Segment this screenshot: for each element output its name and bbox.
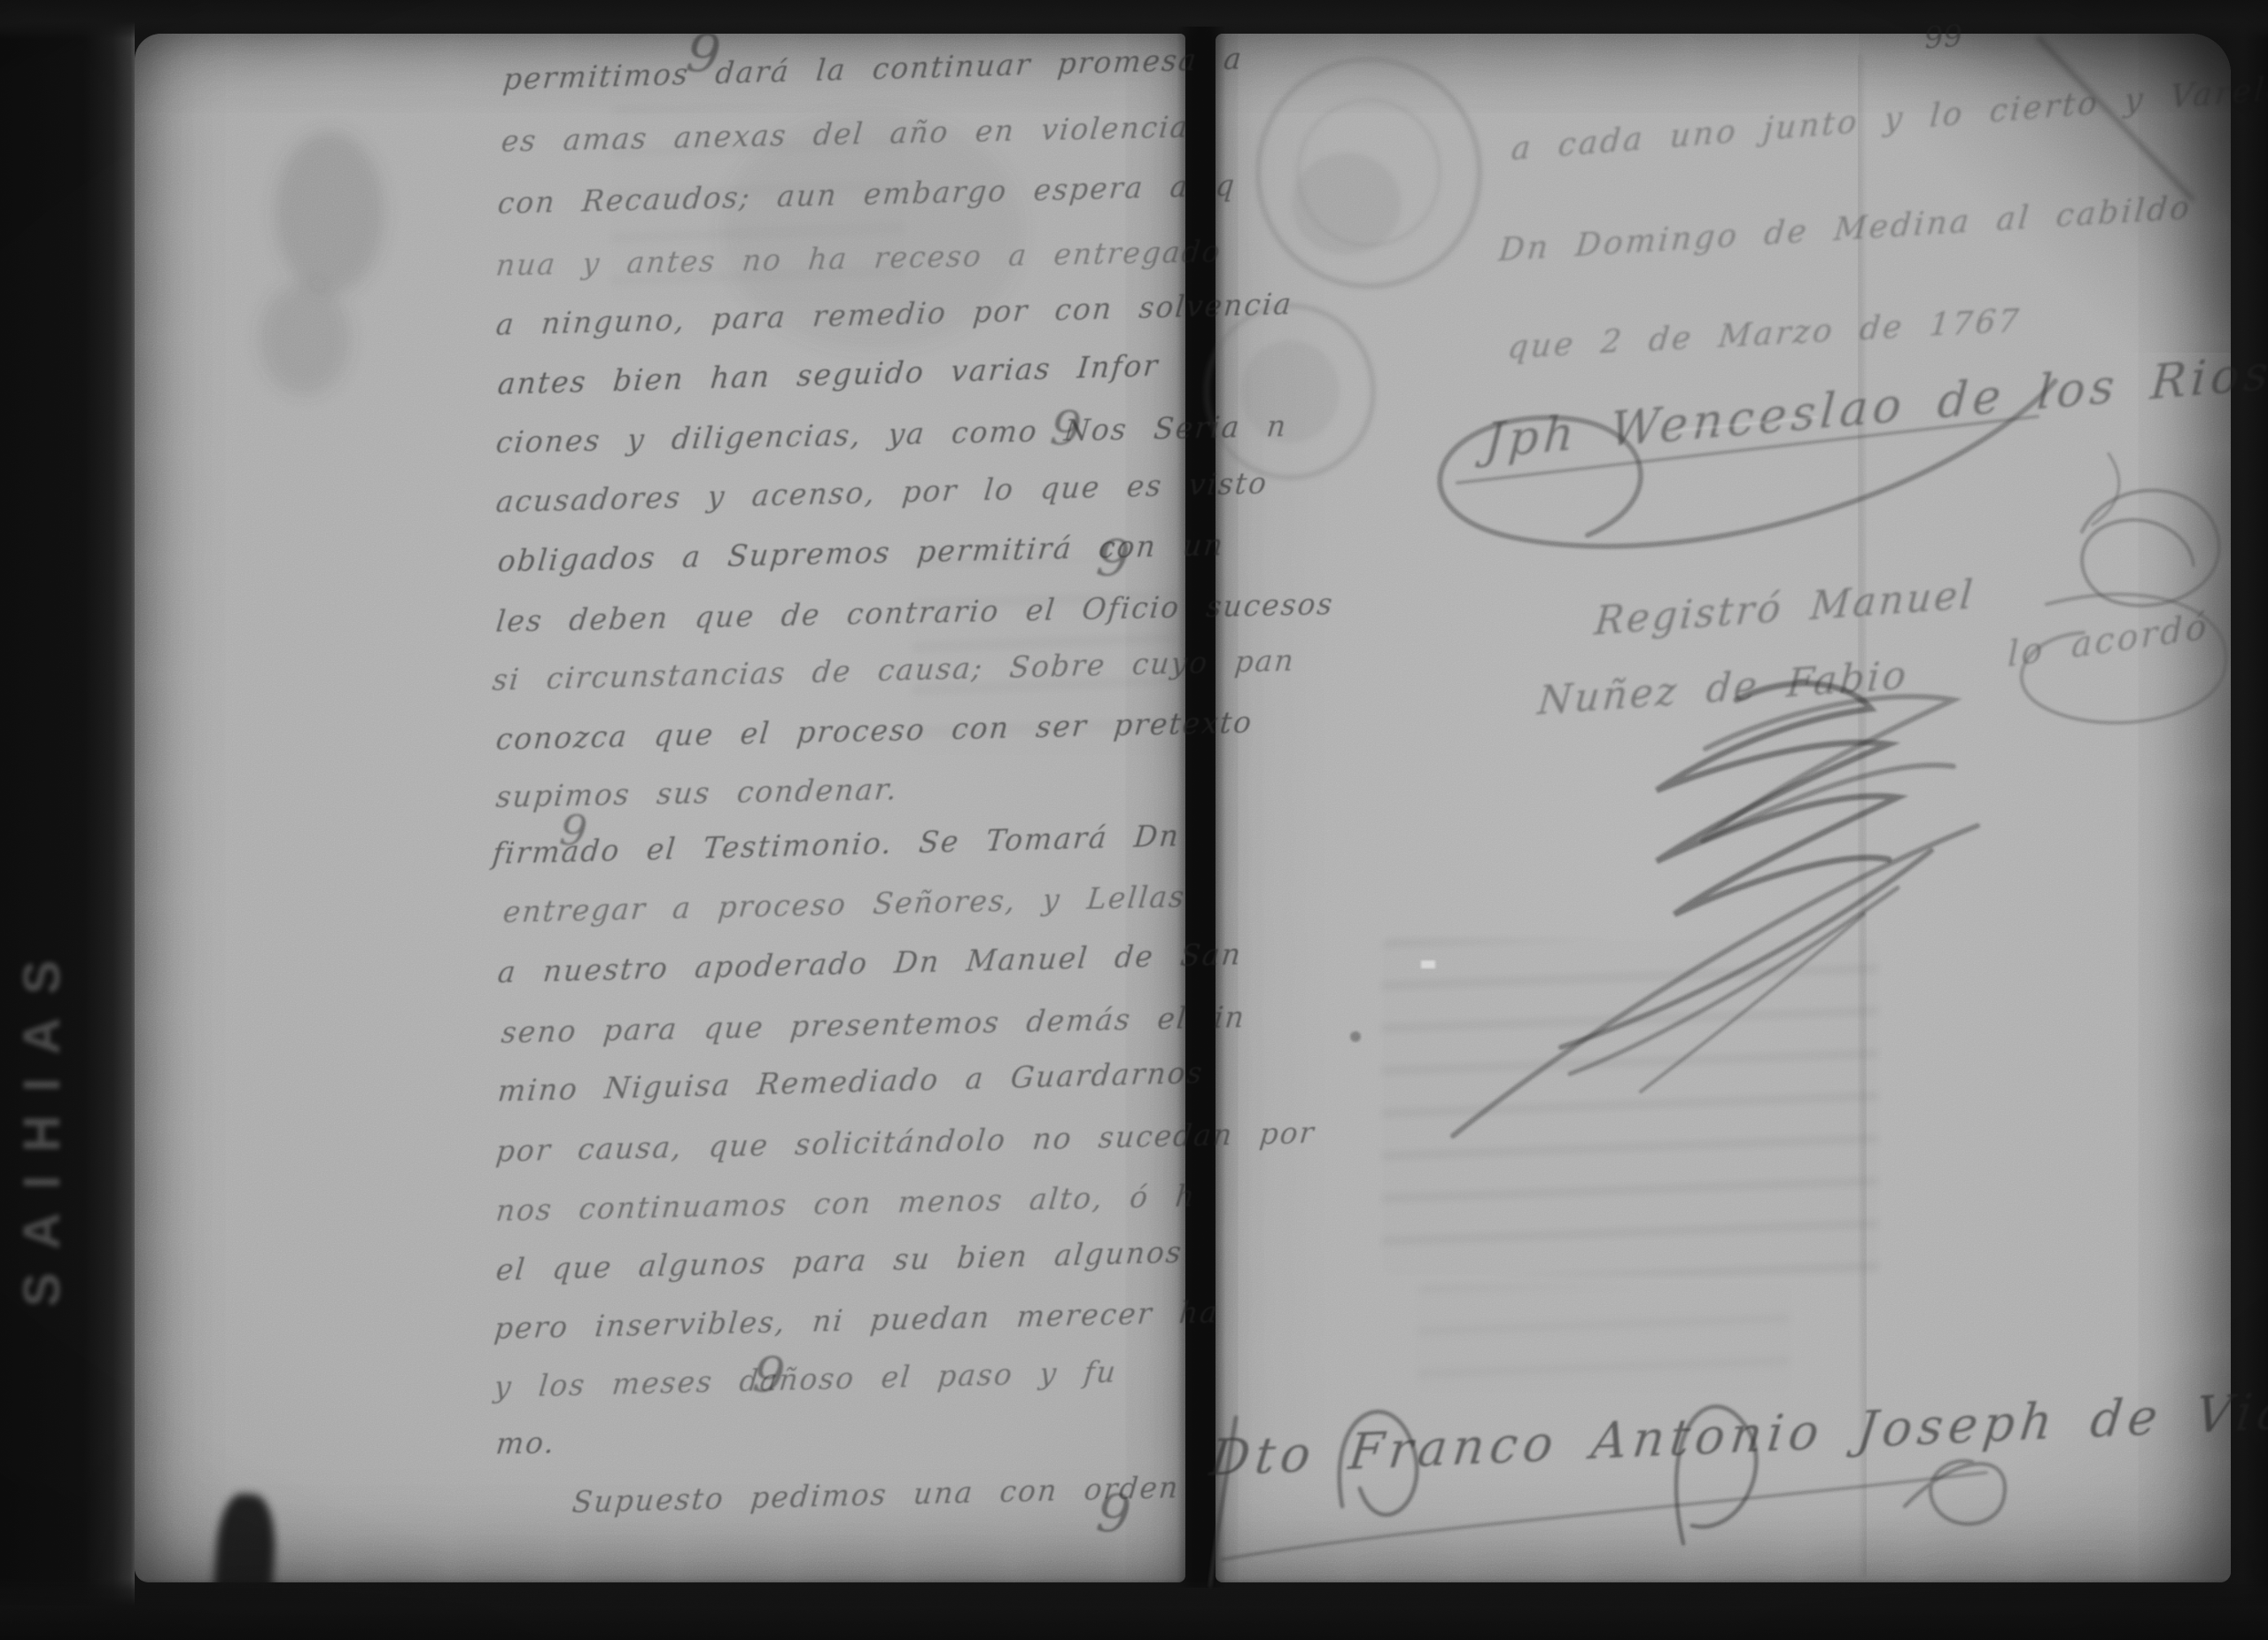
flourish-glyph: 9 <box>1094 526 1133 589</box>
handwritten-line: mo. <box>494 1426 557 1461</box>
flourish-glyph: 9 <box>1048 399 1084 457</box>
flourish-glyph: 9 <box>750 1345 788 1405</box>
vertical-film-label: SAIHIAS <box>12 350 72 1307</box>
bleed-through-ghost <box>1417 1285 1790 1391</box>
flourish-glyph: 9 <box>1093 1481 1133 1547</box>
flourish-glyph: 9 <box>557 805 589 858</box>
page-number: 99 <box>1923 19 1964 57</box>
flourish-glyph: 9 <box>683 21 723 87</box>
bleed-through-ghost <box>1382 939 1878 1276</box>
film-edge-bottom <box>0 1579 2268 1640</box>
microfilm-scan: SAIHIAS permitimos dará la continuar pro… <box>0 0 2268 1640</box>
